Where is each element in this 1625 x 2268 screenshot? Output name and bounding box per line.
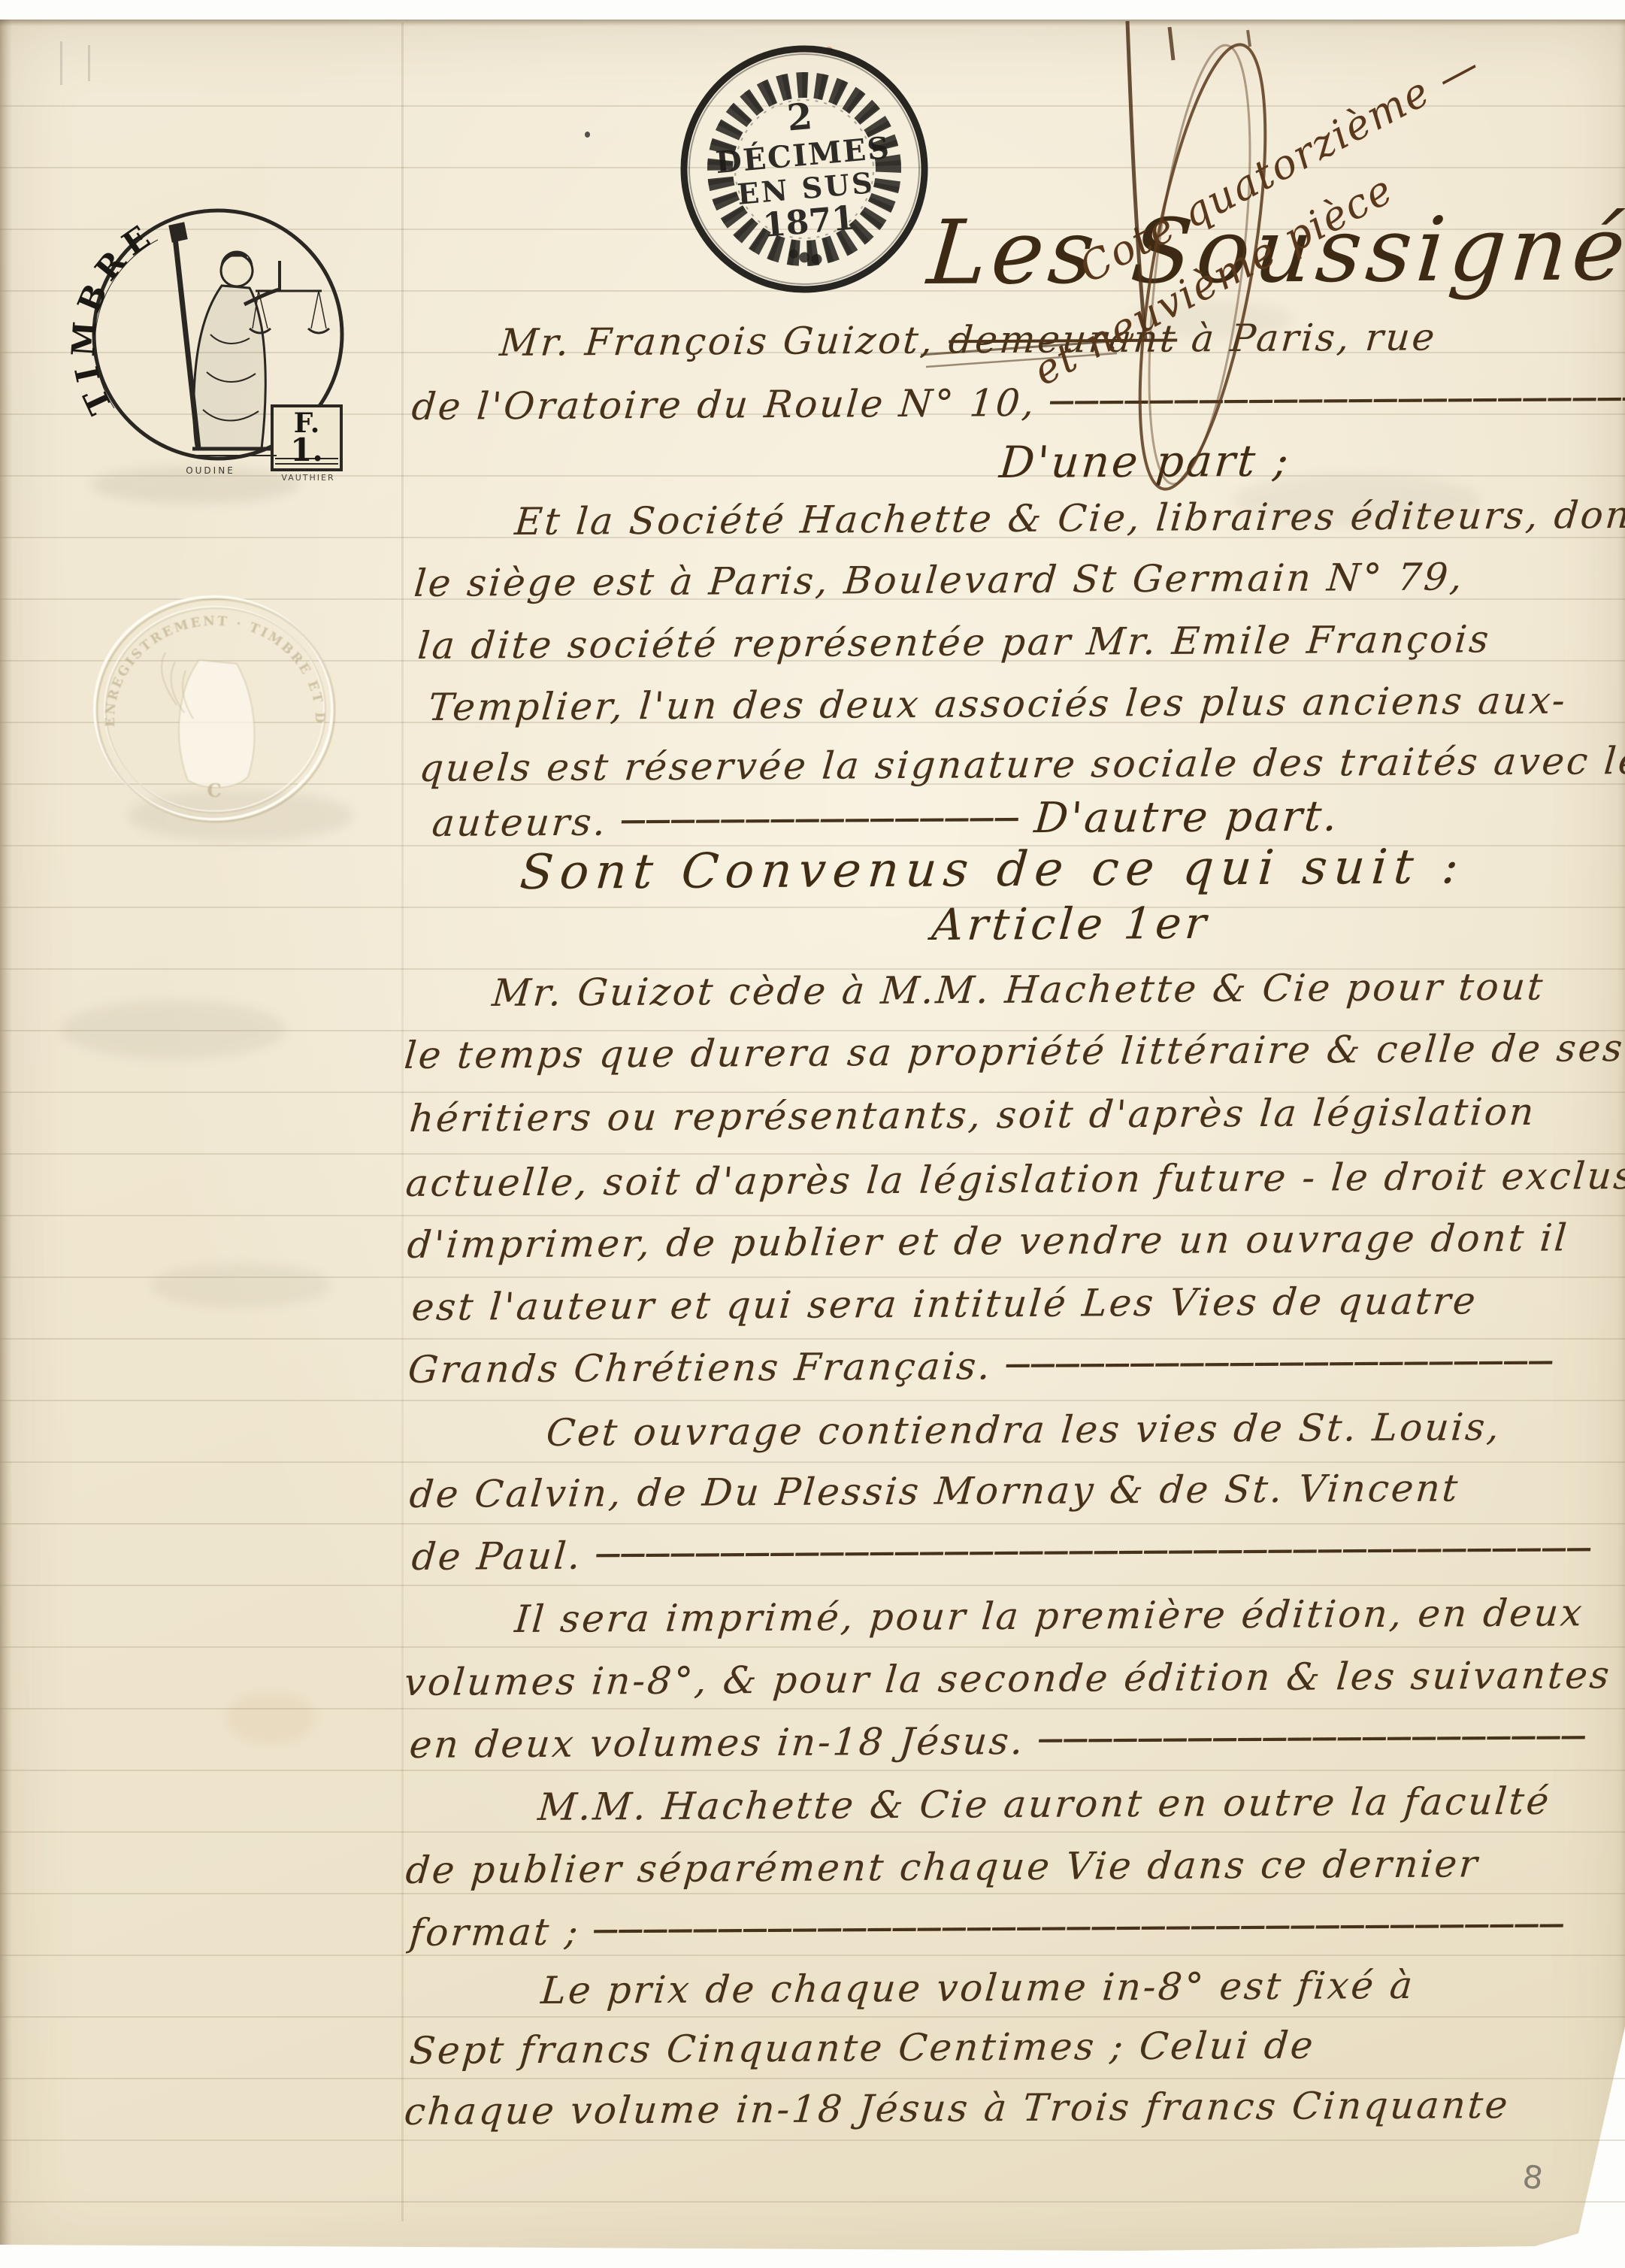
stamp-year: 1871 [761,198,856,244]
embossed-seal: ENREGISTREMENT · TIMBRE ET DOMAINES C [86,592,346,833]
document-line: héritiers ou représentants, soit d'après… [408,1092,1538,1139]
document-line: quels est réservée la signature sociale … [418,741,1625,789]
une-part-label: D'une part ; [998,438,1293,486]
document-line: le temps que durera sa propriété littéra… [403,1028,1625,1075]
document-line: Et la Société Hachette & Cie, libraires … [513,495,1625,542]
document-line: de Paul. ───────────────────────────────… [410,1530,1594,1576]
agreement-heading: Sont Convenus de ce qui suit : [518,842,1467,898]
seal-letter: C [207,780,221,801]
document-line: Cet ouvrage contiendra les vies de St. L… [545,1407,1503,1452]
document-line: de l'Oratoire du Roule N° 10, ──────────… [410,380,1625,427]
manuscript-page: ENREGISTREMENT · TIMBRE ET DOMAINES C [0,0,1625,2268]
document-line: Mr. Guizot cède à M.M. Hachette & Cie po… [491,967,1546,1013]
document-line: chaque volume in-18 Jésus à Trois francs… [403,2085,1512,2131]
stamp-value: 2 [785,95,814,140]
party-guizot-line: Mr. François Guizot, demeurant à Paris, … [498,317,1439,362]
autre-part-label: D'autre part. [1033,792,1342,843]
document-line: actuelle, soit d'après la législation fu… [404,1156,1625,1204]
revenue-stamp-medallion: 2 DÉCIMES EN SUS 1871 [673,38,936,301]
guizot-prefix: Mr. François Guizot, [498,318,951,365]
article-heading: Article 1er [931,901,1212,948]
document-line: volumes in-8°, & pour la seconde édition… [403,1655,1613,1702]
document-line: la dite société représentée par Mr. Emil… [416,619,1493,665]
document-line: Sept francs Cinquante Centimes ; Celui d… [408,2026,1317,2071]
document-line: M.M. Hachette & Cie auront en outre la f… [537,1782,1553,1827]
autre-lead: auteurs. ──────────────── [431,798,1036,845]
seal-figure [179,660,254,788]
document-line: Le prix de chaque volume in-8° est fixé … [540,1966,1416,2011]
document-line: Il sera imprimé, pour la première éditio… [513,1593,1586,1639]
document-line: en deux volumes in-18 Jésus. ───────────… [408,1718,1589,1764]
engraver-name-left: OUDINE [186,465,235,476]
timbre-stamp: TIMBRE F. 1. OUDINE VAUTHIER [83,184,346,485]
timbre-value: 1. [290,431,323,468]
document-line: Grands Chrétiens Français. ─────────────… [407,1343,1556,1390]
document-line: le siège est à Paris, Boulevard St Germa… [413,557,1466,603]
engraver-name-right: VAUTHIER [281,473,334,483]
document-line: de Calvin, de Du Plessis Mornay & de St.… [408,1468,1461,1514]
fold-crease [401,23,404,2221]
autre-part-line: auteurs. ──────────────── D'autre part. [431,795,1341,845]
document-line: d'imprimer, de publier et de vendre un o… [406,1219,1570,1265]
document-line: Templier, l'un des deux associés les plu… [427,681,1569,728]
guizot-suffix: à Paris, rue [1176,315,1439,360]
document-line: est l'auteur et qui sera intitulé Les Vi… [410,1281,1479,1327]
document-line: format ; ───────────────────────────────… [408,1906,1567,1953]
document-line: de publier séparément chaque Vie dans ce… [404,1844,1481,1890]
